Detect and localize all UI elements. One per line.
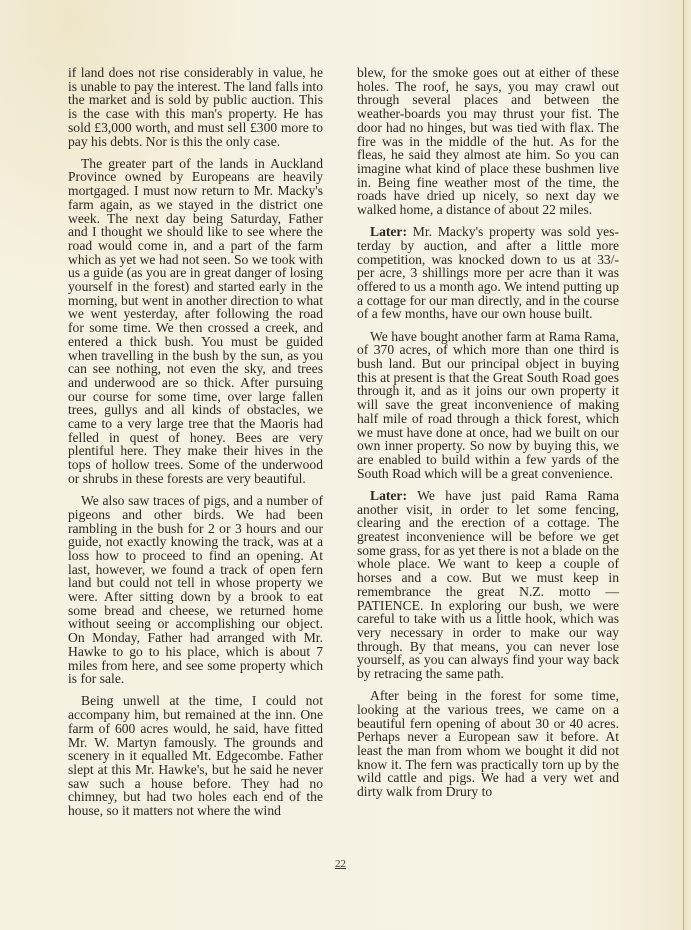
left-column: if land does not rise considerably in va…	[68, 66, 323, 826]
paragraph-text: Being unwell at the time, I could not ac…	[68, 693, 323, 818]
right-column: blew, for the smoke goes out at either o…	[357, 66, 619, 807]
paragraph: Being unwell at the time, I could not ac…	[68, 694, 323, 817]
paragraph: After being in the forest for some time,…	[357, 689, 619, 799]
paragraph: blew, for the smoke goes out at either o…	[357, 66, 619, 217]
paragraph: if land does not rise considerably in va…	[68, 66, 323, 148]
paragraph-later: Later: We have just paid Rama Rama anoth…	[357, 489, 619, 681]
page-edge-shadow	[684, 0, 691, 930]
paragraph: We have bought another farm at Rama Rama…	[357, 330, 619, 481]
paragraph: The greater part of the lands in Aucklan…	[68, 157, 323, 486]
paragraph-later: Later: Mr. Macky's property was sold yes…	[357, 225, 619, 321]
paragraph: We also saw traces of pigs, and a number…	[68, 494, 323, 686]
paragraph-text: We also saw traces of pigs, and a number…	[68, 493, 323, 686]
paragraph-text: The greater part of the lands in Aucklan…	[68, 156, 323, 486]
paragraph-text: After being in the forest for some time,…	[357, 688, 619, 799]
page-number: 22	[335, 858, 346, 870]
paragraph-text: We have bought another farm at Rama Rama…	[357, 329, 619, 481]
book-page: if land does not rise considerably in va…	[0, 0, 691, 930]
paragraph-text: We have just paid Rama Rama another visi…	[357, 488, 619, 681]
paragraph-text: blew, for the smoke goes out at either o…	[357, 65, 619, 217]
paragraph-text: if land does not rise considerably in va…	[68, 65, 323, 149]
paragraph-text: Mr. Macky's property was sold yes­terday…	[357, 224, 619, 321]
